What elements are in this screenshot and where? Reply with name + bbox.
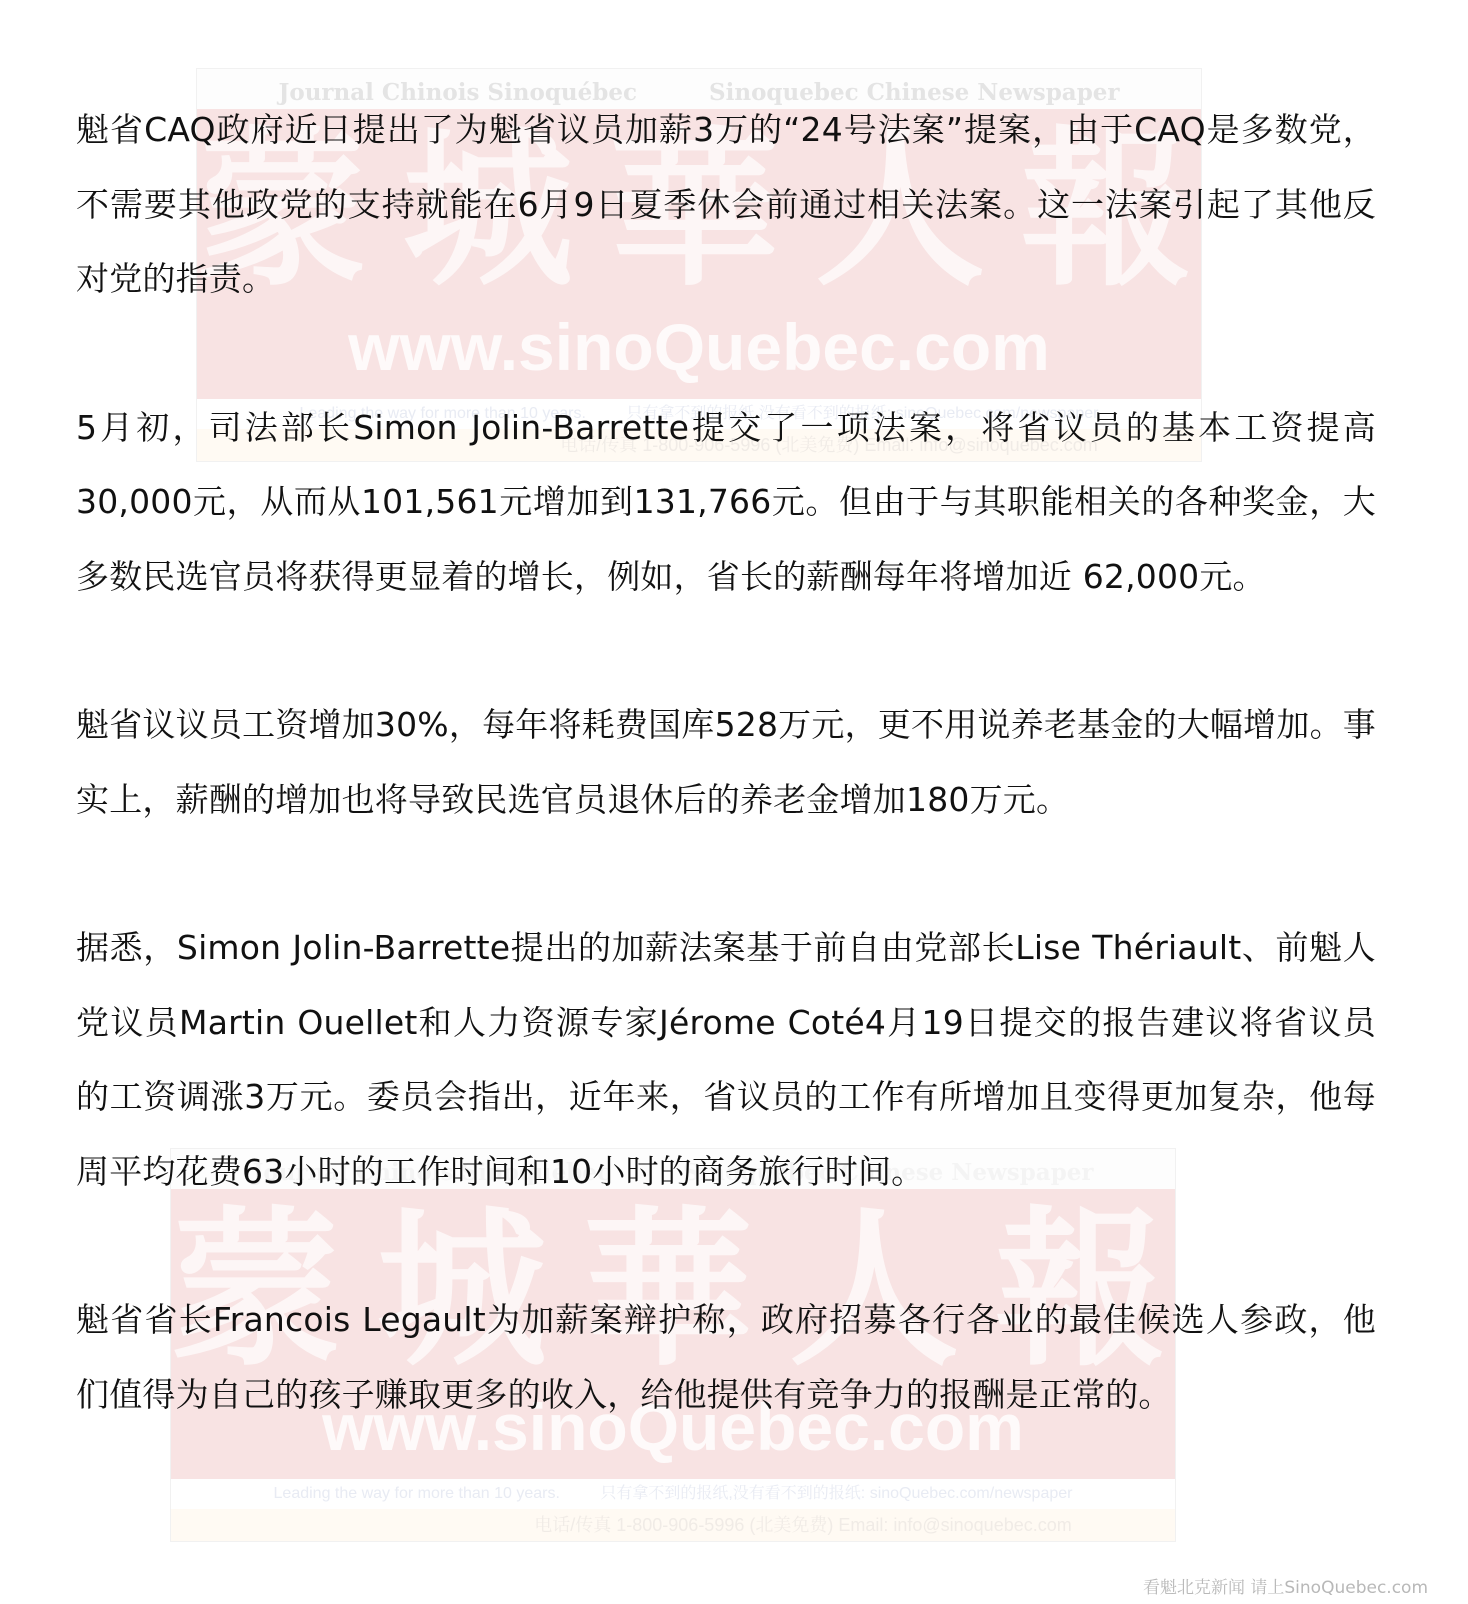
- footer-credit: 看魁北克新闻 请上SinoQuebec.com: [1143, 1573, 1428, 1598]
- watermark-slogan-zh: 只有拿不到的报纸,没有看不到的报纸: sinoQuebec.com/newspa…: [600, 1485, 1072, 1502]
- article-paragraph-4: 据悉，Simon Jolin-Barrette提出的加薪法案基于前自由党部长Li…: [76, 911, 1376, 1209]
- article-paragraph-1: 魁省CAQ政府近日提出了为魁省议员加薪3万的“24号法案”提案，由于CAQ是多数…: [76, 93, 1376, 317]
- article-paragraph-3: 魁省议议员工资增加30%，每年将耗费国库528万元，更不用说养老基金的大幅增加。…: [76, 688, 1376, 837]
- watermark-slogan-en: Leading the way for more than 10 years.: [274, 1485, 560, 1502]
- article-paragraph-2: 5月初，司法部长Simon Jolin-Barrette提交了一项法案，将省议员…: [76, 391, 1376, 615]
- watermark-contact: 电话/传真 1-800-906-5996 (北美免费) Email: info@…: [171, 1509, 1175, 1541]
- watermark-slogan: Leading the way for more than 10 years. …: [171, 1479, 1175, 1509]
- article-body: 魁省CAQ政府近日提出了为魁省议员加薪3万的“24号法案”提案，由于CAQ是多数…: [76, 93, 1376, 1432]
- article-paragraph-5: 魁省省长Francois Legault为加薪案辩护称，政府招募各行各业的最佳候…: [76, 1283, 1376, 1432]
